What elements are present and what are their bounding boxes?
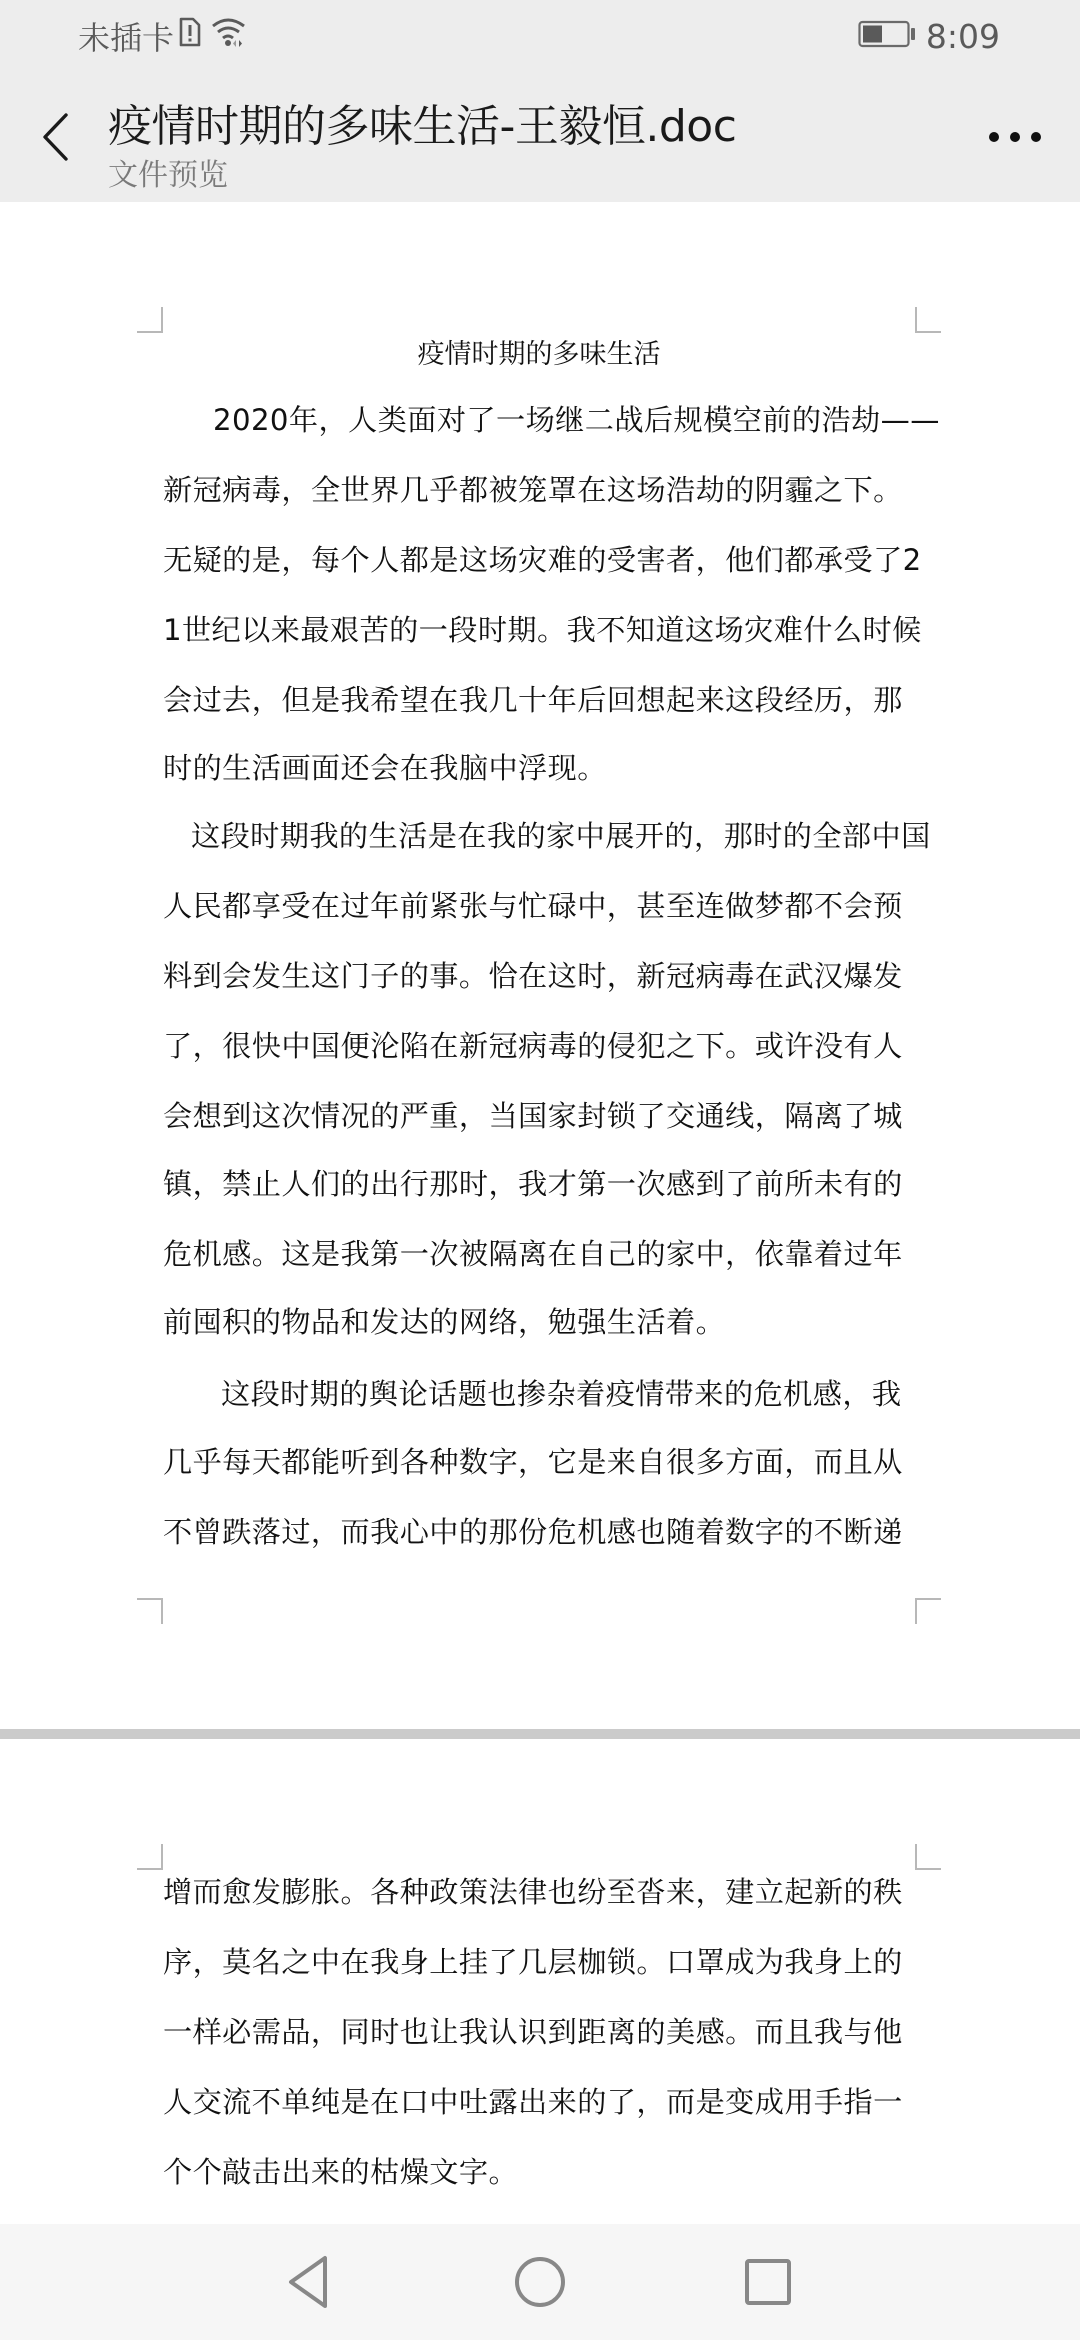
doc-line: 新冠病毒，全世界几乎都被笼罩在这场浩劫的阴霾之下。 bbox=[163, 470, 915, 510]
sim-alert-icon bbox=[178, 17, 202, 55]
nav-back-button[interactable] bbox=[268, 2244, 348, 2320]
nav-recents-icon bbox=[743, 2257, 793, 2307]
doc-line: 个个敲击出来的枯燥文字。 bbox=[163, 2152, 915, 2192]
doc-line: 无疑的是，每个人都是这场灾难的受害者，他们都承受了2 bbox=[163, 540, 915, 580]
back-button[interactable] bbox=[30, 102, 80, 172]
doc-line: 一样必需品，同时也让我认识到距离的美感。而且我与他 bbox=[163, 2012, 915, 2052]
doc-line: 了，很快中国便沦陷在新冠病毒的侵犯之下。或许没有人 bbox=[163, 1026, 915, 1066]
doc-line: 增而愈发膨胀。各种政策法律也纷至沓来，建立起新的秩 bbox=[163, 1872, 915, 1912]
page-corner-mark bbox=[137, 1844, 163, 1870]
document-subtitle: 文件预览 bbox=[108, 150, 228, 194]
status-right: 8:09 bbox=[858, 14, 1000, 58]
clock: 8:09 bbox=[926, 17, 1000, 56]
doc-line: 这段时期我的生活是在我的家中展开的，那时的全部中国 bbox=[163, 816, 915, 856]
doc-line: 几乎每天都能听到各种数字，它是来自很多方面，而且从 bbox=[163, 1442, 915, 1482]
doc-line: 镇，禁止人们的出行那时，我才第一次感到了前所未有的 bbox=[163, 1164, 915, 1204]
document-viewer[interactable]: 疫情时期的多味生活 2020年，人类面对了一场继二战后规模空前的浩劫—— 新冠病… bbox=[0, 202, 1080, 2220]
page-separator bbox=[0, 1729, 1080, 1739]
doc-line: 会过去，但是我希望在我几十年后回想起来这段经历，那 bbox=[163, 680, 915, 720]
page-corner-mark bbox=[915, 1598, 941, 1624]
more-options-button[interactable] bbox=[970, 102, 1060, 172]
doc-line: 不曾跌落过，而我心中的那份危机感也随着数字的不断递 bbox=[163, 1512, 915, 1552]
nav-home-icon bbox=[512, 2254, 568, 2310]
wifi-icon bbox=[210, 16, 248, 56]
page-corner-mark bbox=[137, 1598, 163, 1624]
status-left: 未插卡 bbox=[78, 14, 248, 58]
doc-line: 这段时期的舆论话题也掺杂着疫情带来的危机感，我 bbox=[163, 1374, 915, 1414]
page-corner-mark bbox=[137, 307, 163, 333]
doc-line: 1世纪以来最艰苦的一段时期。我不知道这场灾难什么时候 bbox=[163, 610, 915, 650]
doc-line: 人交流不单纯是在口中吐露出来的了，而是变成用手指一 bbox=[163, 2082, 915, 2122]
document-title: 疫情时期的多味生活-王毅恒.doc bbox=[108, 90, 736, 154]
doc-line: 前囤积的物品和发达的网络，勉强生活着。 bbox=[163, 1302, 915, 1342]
more-horizontal-icon bbox=[1031, 132, 1041, 142]
doc-line: 会想到这次情况的严重，当国家封锁了交通线，隔离了城 bbox=[163, 1096, 915, 1136]
doc-line: 料到会发生这门子的事。恰在这时，新冠病毒在武汉爆发 bbox=[163, 956, 915, 996]
doc-line: 危机感。这是我第一次被隔离在自己的家中，依靠着过年 bbox=[163, 1234, 915, 1274]
battery-low-icon bbox=[858, 17, 916, 56]
page-corner-mark bbox=[915, 1844, 941, 1870]
nav-recents-button[interactable] bbox=[728, 2244, 808, 2320]
doc-heading: 疫情时期的多味生活 bbox=[163, 332, 915, 371]
doc-line: 序，莫名之中在我身上挂了几层枷锁。口罩成为我身上的 bbox=[163, 1942, 915, 1982]
doc-line: 时的生活画面还会在我脑中浮现。 bbox=[163, 748, 915, 788]
more-horizontal-icon bbox=[1010, 132, 1020, 142]
nav-home-button[interactable] bbox=[500, 2244, 580, 2320]
carrier-label: 未插卡 bbox=[78, 13, 174, 59]
system-nav-bar bbox=[0, 2224, 1080, 2340]
status-bar: 未插卡 8:09 bbox=[0, 0, 1080, 72]
doc-line: 人民都享受在过年前紧张与忙碌中，甚至连做梦都不会预 bbox=[163, 886, 915, 926]
nav-back-icon bbox=[285, 2254, 331, 2310]
app-header: 疫情时期的多味生活-王毅恒.doc 文件预览 bbox=[0, 72, 1080, 202]
more-horizontal-icon bbox=[989, 132, 999, 142]
doc-line: 2020年，人类面对了一场继二战后规模空前的浩劫—— bbox=[163, 400, 915, 440]
page-corner-mark bbox=[915, 307, 941, 333]
chevron-left-icon bbox=[40, 112, 70, 162]
